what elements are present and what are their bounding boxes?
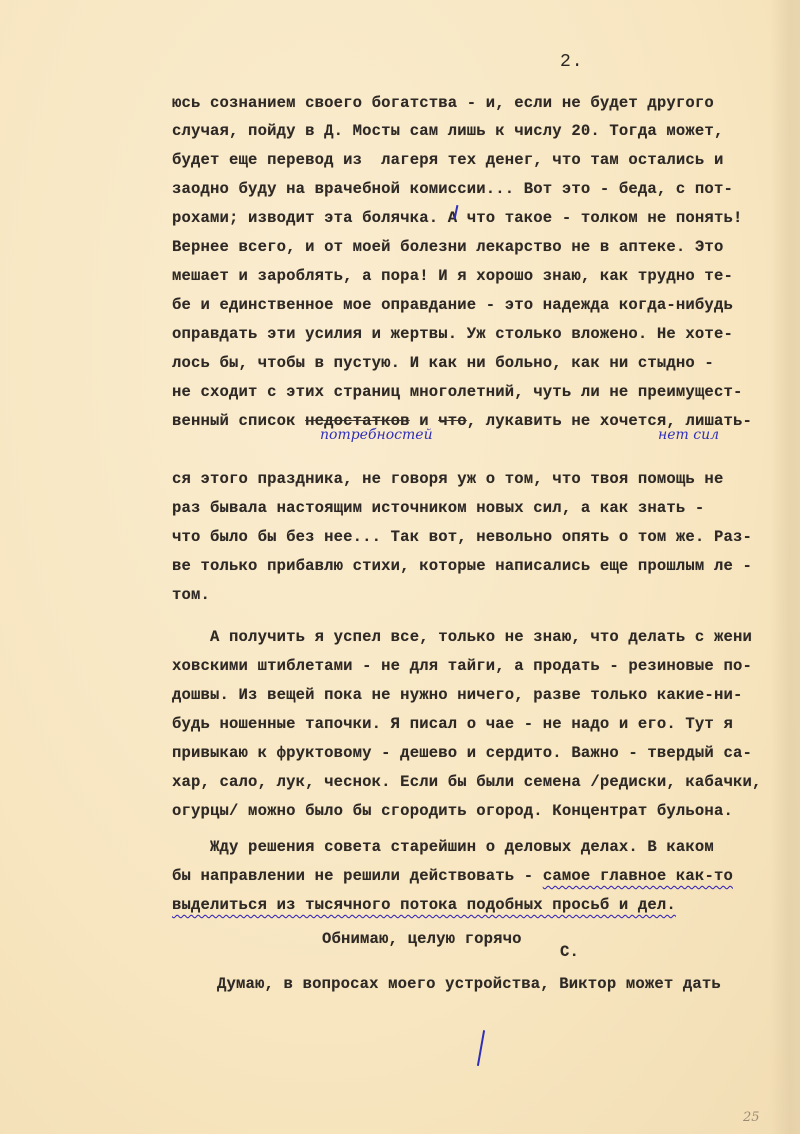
struck-word: что [438, 412, 467, 430]
closing-line: Обнимаю, целую горячо [322, 930, 522, 948]
text-fragment: , лукавить не хочется, лишать- [467, 412, 752, 430]
text-line-underlined: бы направлении не решили действовать - с… [172, 867, 733, 885]
text-line: юсь сознанием своего богатства - и, если… [172, 94, 714, 112]
text-line: оправдать эти усилия и жертвы. Уж стольк… [172, 325, 733, 343]
document-page: 2. юсь сознанием своего богатства - и, е… [0, 0, 800, 1134]
struck-word: недостатков [305, 412, 410, 430]
text-line: ховскими штиблетами - не для тайги, а пр… [172, 657, 752, 675]
text-line: хар, сало, лук, чеснок. Если бы были сем… [172, 773, 761, 791]
text-line: Жду решения совета старейшин о деловых д… [172, 838, 714, 856]
text-line: случая, пойду в Д. Мосты сам лишь к числ… [172, 122, 723, 140]
text-line: будь ношенные тапочки. Я писал о чае - н… [172, 715, 733, 733]
text-line: мешает и зароблять, а пора! И я хорошо з… [172, 267, 733, 285]
text-line: лось бы, чтобы в пустую. И как ни больно… [172, 354, 714, 372]
text-line: Вернее всего, и от моей болезни лекарств… [172, 238, 723, 256]
text-line: что было бы без нее... Так вот, невольно… [172, 528, 752, 546]
text-line: заодно буду на врачебной комиссии... Вот… [172, 180, 733, 198]
text-line: рохами; изводит эта болячка. А что такое… [172, 209, 742, 227]
text-fragment: и [410, 412, 439, 430]
archive-number: 25 [743, 1110, 760, 1125]
handwritten-mark [477, 1030, 485, 1066]
text-fragment: бы направлении не решили действовать - [172, 867, 543, 885]
signature: С. [560, 943, 579, 961]
text-line: не сходит с этих страниц многолетний, чу… [172, 383, 742, 401]
underlined-text: самое главное как-то [543, 867, 733, 885]
text-line: огурцы/ можно было бы сгородить огород. … [172, 802, 733, 820]
postscript-line: Думаю, в вопросах моего устройства, Викт… [217, 975, 721, 993]
text-line: раз бывала настоящим источником новых си… [172, 499, 704, 517]
text-line: будет еще перевод из лагеря тех денег, ч… [172, 151, 723, 169]
text-line-underlined: выделиться из тысячного потока подобных … [172, 896, 676, 914]
text-line: том. [172, 586, 210, 604]
text-line: дошвы. Из вещей пока не нужно ничего, ра… [172, 686, 742, 704]
text-line: ся этого праздника, не говоря уж о том, … [172, 470, 723, 488]
page-number: 2. [560, 52, 584, 72]
text-fragment: венный список [172, 412, 305, 430]
text-line: А получить я успел все, только не знаю, … [172, 628, 752, 646]
text-line: привыкаю к фруктовому - дешево и сердито… [172, 744, 752, 762]
text-line: бе и единственное мое оправдание - это н… [172, 296, 733, 314]
text-line: ве только прибавлю стихи, которые написа… [172, 557, 752, 575]
underlined-text: выделиться из тысячного потока подобных … [172, 896, 676, 914]
text-line-with-corrections: венный список недостатков и что, лукавит… [172, 412, 752, 430]
